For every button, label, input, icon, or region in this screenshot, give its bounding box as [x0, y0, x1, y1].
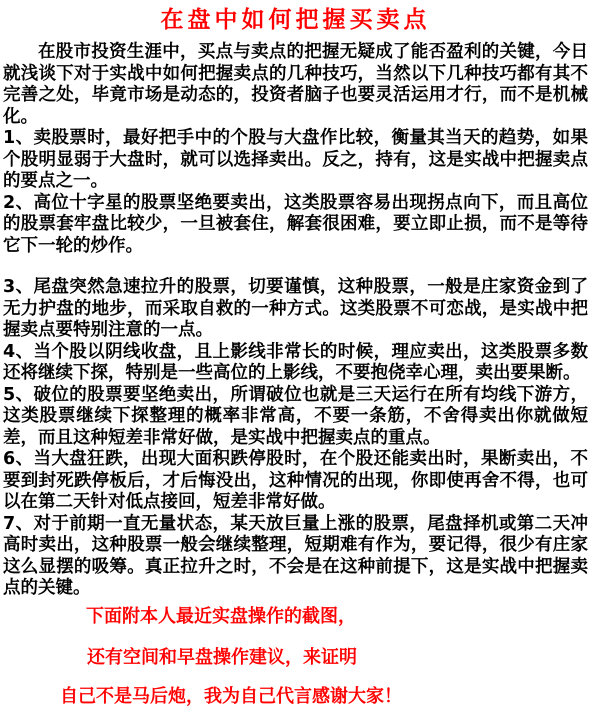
closing-line-3: 自己不是马后炮，我为自己代言感谢大家！ [60, 687, 588, 706]
point-paragraph-7: 7、对于前期一直无量状态，某天放巨量上涨的股票，尾盘择机或第二天冲高时卖出，这种… [3, 514, 588, 600]
point-paragraph-2: 2、高位十字星的股票坚绝要卖出，这类股票容易出现拐点向下，而且高位的股票套牢盘比… [3, 193, 588, 258]
closing-line-1: 下面附本人最近实盘操作的截图， [86, 607, 588, 626]
point-paragraph-1: 1、卖股票时，最好把手中的个股与大盘作比较，衡量其当天的趋势，如果个股明显弱于大… [3, 128, 588, 193]
intro-paragraph: 在股市投资生涯中，买点与卖点的把握无疑成了能否盈利的关键，今日就浅谈下对于实战中… [3, 42, 588, 128]
point-paragraph-5: 5、破位的股票要坚绝卖出，所谓破位也就是三天运行在所有均线下游方，这类股票继续下… [3, 385, 588, 450]
page-title: 在盘中如何把握买卖点 [3, 8, 588, 33]
point-paragraph-3: 3、尾盘突然急速拉升的股票，切要谨慎，这种股票，一般是庄家资金到了无力护盘的地步… [3, 277, 588, 342]
point-paragraph-6: 6、当大盘狂跌，出现大面积跌停股时，在个股还能卖出时，果断卖出，不要到封死跌停板… [3, 449, 588, 514]
document-page: 在盘中如何把握买卖点 在股市投资生涯中，买点与卖点的把握无疑成了能否盈利的关键，… [0, 0, 590, 722]
closing-line-2: 还有空间和早盘操作建议，来证明 [87, 648, 588, 667]
point-paragraph-4: 4、当个股以阴线收盘，且上影线非常长的时候，理应卖出，这类股票多数还将继续下探，… [3, 342, 588, 385]
